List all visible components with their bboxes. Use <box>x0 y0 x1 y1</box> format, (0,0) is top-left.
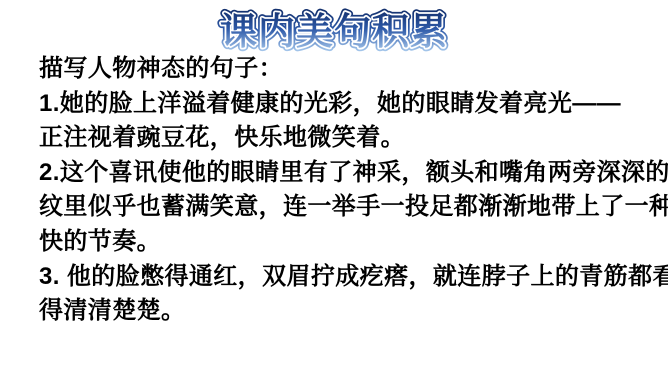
body-text-block: 描写人物神态的句子： 1.她的脸上洋溢着健康的光彩，她的眼睛发着亮光—— 正注视… <box>39 52 649 329</box>
slide-canvas: 课内美句积累 课内美句积累 课内美句积累 描写人物神态的句子： 1.她的脸上洋溢… <box>0 0 668 376</box>
title-text-fill: 课内美句积累 <box>220 10 448 52</box>
text-line-5: 快的节奏。 <box>39 225 649 260</box>
title-wordart-svg: 课内美句积累 课内美句积累 课内美句积累 <box>0 0 668 56</box>
text-line-7: 得清清楚楚。 <box>39 294 649 329</box>
text-line-1: 1.她的脸上洋溢着健康的光彩，她的眼睛发着亮光—— <box>39 87 649 122</box>
slide-title-wordart: 课内美句积累 课内美句积累 课内美句积累 <box>0 0 668 56</box>
text-line-4: 纹里似乎也蓄满笑意，连一举手一投足都渐渐地带上了一种轻 <box>39 190 649 225</box>
text-line-heading: 描写人物神态的句子： <box>39 52 649 87</box>
text-line-6: 3. 他的脸憋得通红，双眉拧成疙瘩，就连脖子上的青筋都看 <box>39 260 649 295</box>
text-line-2: 正注视着豌豆花，快乐地微笑着。 <box>39 121 649 156</box>
text-line-3: 2.这个喜讯使他的眼睛里有了神采，额头和嘴角两旁深深的皱 <box>39 156 649 191</box>
